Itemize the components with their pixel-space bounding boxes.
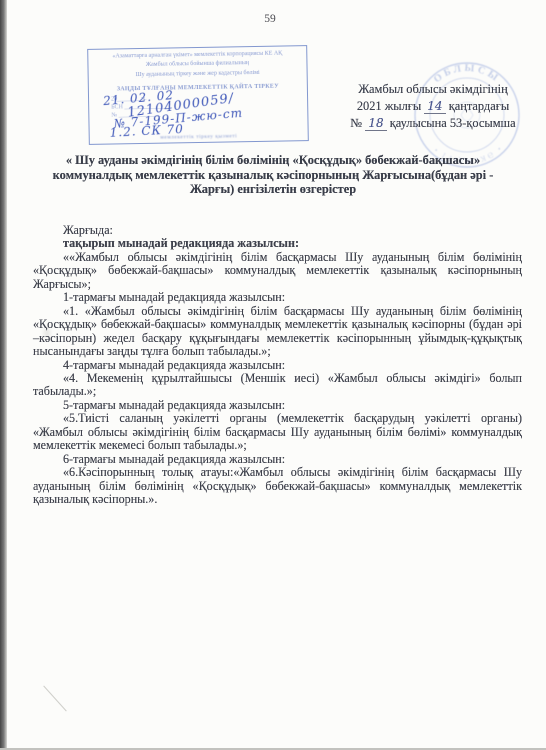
header-line1: Жамбыл облысы әкімдігінің — [327, 81, 539, 98]
body-paragraph: «1. «Жамбыл облысы әкімдігінің білім бас… — [33, 305, 522, 359]
body-paragraph: 4-тармағы мынадай редакцияда жазылсын: — [33, 359, 522, 372]
registration-stamp: «Азаматтарға арналған үкімет» мемлекетті… — [87, 45, 309, 145]
scan-edge-left — [0, 0, 7, 750]
body-paragraph: 1-тармағы мынадай редакцияда жазылсын: — [33, 291, 522, 304]
body-paragraph: «4. Мекеменің құрылтайшысы (Меншік иесі)… — [33, 372, 522, 399]
header-line3-prefix: № — [350, 116, 362, 130]
paper-crease — [43, 686, 66, 712]
header-line3: № 18 қаулысына 53-қосымша — [327, 115, 539, 132]
header-line2-prefix: 2021 жылғы — [357, 99, 421, 113]
header-line3-suffix: қаулысына 53-қосымша — [390, 116, 516, 130]
body-paragraph: «5.Тиісті саланың уәкілетті органы (мемл… — [33, 412, 522, 452]
body-paragraph: Жарғыда: — [33, 224, 522, 237]
document-title: « Шу ауданы әкімдігінің білім бөлімінің … — [36, 153, 510, 197]
body-paragraph: 6-тармағы мынадай редакцияда жазылсын: — [33, 453, 522, 466]
body-paragraph: 5-тармағы мынадай редакцияда жазылсын: — [33, 399, 522, 412]
document-body: Жарғыда: тақырып мынадай редакцияда жазы… — [33, 224, 522, 507]
scanned-page: 59 ОБЛЫСЫ • ӘКІМДІГІ • «Азаматтарға арна… — [0, 0, 546, 750]
appendix-header: Жамбыл облысы әкімдігінің 2021 жылғы 14 … — [327, 81, 539, 133]
body-paragraph: тақырып мынадай редакцияда жазылсын: — [33, 237, 522, 250]
body-paragraph: ««Жамбыл облысы әкімдігінің білім басқар… — [33, 251, 522, 291]
header-handwritten-number: 18 — [365, 116, 386, 131]
page-number: 59 — [250, 13, 290, 25]
header-line2: 2021 жылғы 14 қаңтардағы — [327, 98, 539, 115]
header-line2-suffix: қаңтардағы — [449, 99, 509, 113]
body-paragraph: «6.Кәсіпорынның толық атауы:«Жамбыл облы… — [33, 466, 522, 506]
header-handwritten-day: 14 — [424, 99, 445, 114]
